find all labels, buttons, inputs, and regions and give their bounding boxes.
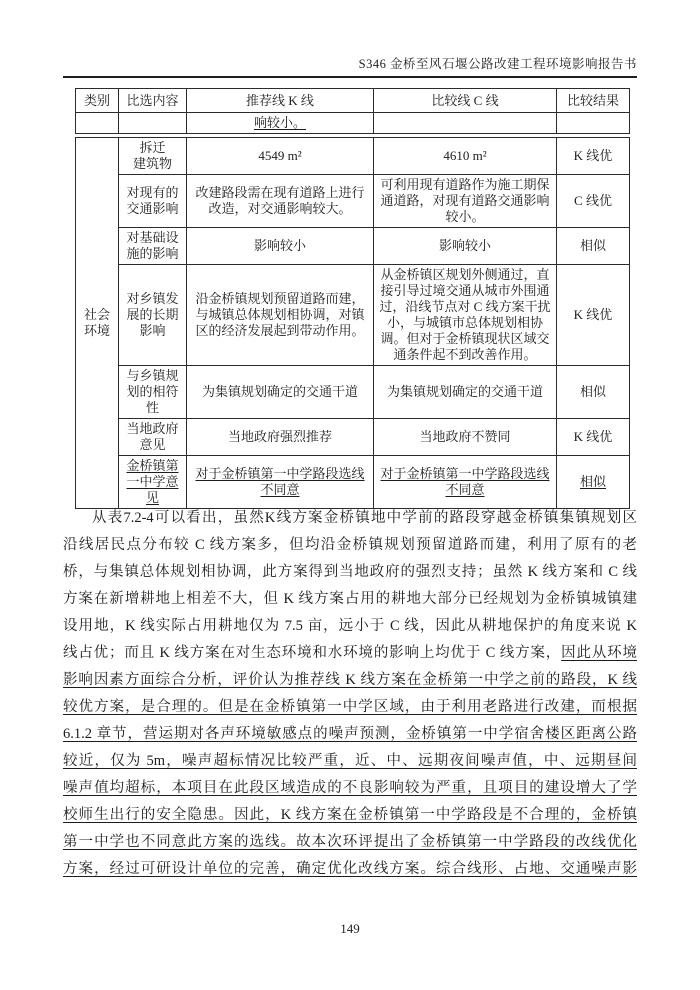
paragraph-line: 影响因素方面综合分析，评价认为推荐线 K 线方案在金桥第一中学之前的路段，K 线 xyxy=(63,667,637,694)
result-cell: 相似 xyxy=(557,366,630,419)
paragraph-line: 方案，经过可研设计单位的完善，确定优化改线方案。综合线形、占地、交通噪声影 xyxy=(63,856,637,883)
table-row: 金桥镇第 一中学意 见 对于金桥镇第一中学路段选线不同意 对于金桥镇第一中学路段… xyxy=(76,456,630,509)
k-cell: 改建路段需在现有道路上进行改造，对交通影响较大。 xyxy=(187,175,374,228)
page-number: 149 xyxy=(0,921,700,937)
c-cell: 对于金桥镇第一中学路段选线不同意 xyxy=(374,456,557,509)
k-cell: 为集镇规划确定的交通干道 xyxy=(187,366,374,419)
k-cell: 当地政府强烈推荐 xyxy=(187,419,374,456)
table-row: 对乡镇发 展的长期 影响 沿金桥镇规划预留道路而建，与城镇总体规划相协调，对镇区… xyxy=(76,265,630,366)
paragraph-line: 桥，与集镇总体规划相协调，此方案得到当地政府的强烈支持；虽然 K 线方案和 C … xyxy=(63,559,637,586)
paragraph-line: 较近，仅为 5m，噪声超标情况比较严重，近、中、远期夜间噪声值，中、远期昼间 xyxy=(63,748,637,775)
continuation-result-cell xyxy=(557,113,630,134)
col-header-result: 比较结果 xyxy=(557,89,630,113)
table-row: 对基础设 施的影响 影响较小 影响较小 相似 xyxy=(76,228,630,265)
continuation-item-cell xyxy=(119,113,187,134)
table-header-row: 类别 比选内容 推荐线 K 线 比较线 C 线 比较结果 xyxy=(76,89,630,113)
continuation-c-cell xyxy=(374,113,557,134)
table-row: 社会 环境 拆迁 建筑物 4549 m² 4610 m² K 线优 xyxy=(76,138,630,175)
paragraph-line: 从表7.2-4可以看出，虽然K线方案金桥镇地中学前的路段穿越金桥镇集镇规划区 xyxy=(63,505,637,532)
table-row: 当地政府 意见 当地政府强烈推荐 当地政府不赞同 K 线优 xyxy=(76,419,630,456)
header-rule xyxy=(63,76,637,78)
c-cell: 从金桥镇区规划外侧通过，直接引导过境交通从城市外围通过，沿线节点对 C 线方案干… xyxy=(374,265,557,366)
table-header-fragment: 类别 比选内容 推荐线 K 线 比较线 C 线 比较结果 响较小。 xyxy=(75,88,630,134)
k-cell: 4549 m² xyxy=(187,138,374,175)
paragraph-line: 第一中学也不同意此方案的选线。故本次环评提出了金桥镇第一中学路段的改线优化 xyxy=(63,829,637,856)
result-cell: K 线优 xyxy=(557,138,630,175)
col-header-item: 比选内容 xyxy=(119,89,187,113)
paragraph-line: 6.1.2 章节，营运期对各声环境敏感点的噪声预测，金桥镇第一中学宿舍楼区距离公… xyxy=(63,721,637,748)
item-cell: 与乡镇规 划的相符 性 xyxy=(119,366,187,419)
result-cell: K 线优 xyxy=(557,265,630,366)
item-cell: 对现有的 交通影响 xyxy=(119,175,187,228)
c-cell: 影响较小 xyxy=(374,228,557,265)
table-row: 与乡镇规 划的相符 性 为集镇规划确定的交通干道 为集镇规划确定的交通干道 相似 xyxy=(76,366,630,419)
table-body-fragment: 社会 环境 拆迁 建筑物 4549 m² 4610 m² K 线优 对现有的 交… xyxy=(75,137,630,509)
continuation-k-cell: 响较小。 xyxy=(187,113,374,134)
k-cell: 影响较小 xyxy=(187,228,374,265)
k-cell: 沿金桥镇规划预留道路而建，与城镇总体规划相协调，对镇区的经济发展起到带动作用。 xyxy=(187,265,374,366)
c-cell: 当地政府不赞同 xyxy=(374,419,557,456)
comparison-table: 类别 比选内容 推荐线 K 线 比较线 C 线 比较结果 响较小。 社会 环境 … xyxy=(75,88,629,509)
table-row: 对现有的 交通影响 改建路段需在现有道路上进行改造，对交通影响较大。 可利用现有… xyxy=(76,175,630,228)
item-cell: 对乡镇发 展的长期 影响 xyxy=(119,265,187,366)
page-header-title: S346 金桥至风石堰公路改建工程环境影响报告书 xyxy=(359,54,637,72)
paragraph-line: 线占优；而且 K 线方案在对生态环境和水环境的影响上均优于 C 线方案，因此从环… xyxy=(63,640,637,667)
col-header-category: 类别 xyxy=(76,89,119,113)
result-cell: 相似 xyxy=(557,228,630,265)
item-cell: 金桥镇第 一中学意 见 xyxy=(119,456,187,509)
result-cell: C 线优 xyxy=(557,175,630,228)
category-cell: 社会 环境 xyxy=(76,138,119,509)
result-cell: 相似 xyxy=(557,456,630,509)
col-header-kline: 推荐线 K 线 xyxy=(187,89,374,113)
c-cell: 为集镇规划确定的交通干道 xyxy=(374,366,557,419)
item-cell: 拆迁 建筑物 xyxy=(119,138,187,175)
paragraph-line: 沿线居民点分布较 C 线方案多，但均沿金桥镇规划预留道路而建，利用了原有的老 xyxy=(63,532,637,559)
paragraph-line: 设用地，K 线实际占用耕地仅为 7.5 亩，远小于 C 线，因此从耕地保护的角度… xyxy=(63,613,637,640)
paragraph-line: 校师生出行的安全隐患。因此，K 线方案在金桥镇第一中学路段是不合理的，金桥镇 xyxy=(63,802,637,829)
paragraph-line: 噪声值均超标，本项目在此段区域造成的不良影响较为严重，且项目的建设增大了学 xyxy=(63,775,637,802)
body-paragraph: 从表7.2-4可以看出，虽然K线方案金桥镇地中学前的路段穿越金桥镇集镇规划区 沿… xyxy=(63,505,637,883)
continuation-category-cell xyxy=(76,113,119,134)
paragraph-line: 方案在新增耕地上相差不大，但 K 线方案占用的耕地大部分已经规划为金桥镇城镇建 xyxy=(63,586,637,613)
paragraph-line: 较优方案，是合理的。但是在金桥镇第一中学区域，由于利用老路进行改建，而根据 xyxy=(63,694,637,721)
table-continuation-row: 响较小。 xyxy=(76,113,630,134)
col-header-cline: 比较线 C 线 xyxy=(374,89,557,113)
item-cell: 对基础设 施的影响 xyxy=(119,228,187,265)
document-page: S346 金桥至风石堰公路改建工程环境影响报告书 类别 比选内容 推荐线 K 线… xyxy=(0,0,700,990)
c-cell: 4610 m² xyxy=(374,138,557,175)
k-cell: 对于金桥镇第一中学路段选线不同意 xyxy=(187,456,374,509)
c-cell: 可利用现有道路作为施工期保通道路，对现有道路交通影响较小。 xyxy=(374,175,557,228)
item-cell: 当地政府 意见 xyxy=(119,419,187,456)
result-cell: K 线优 xyxy=(557,419,630,456)
